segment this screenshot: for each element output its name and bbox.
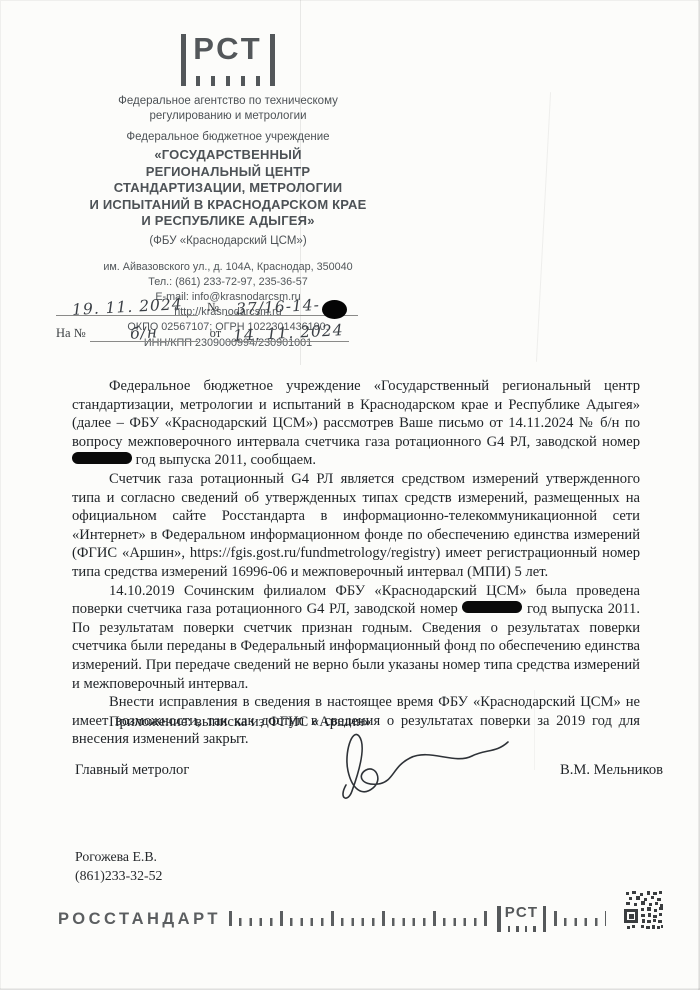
outgoing-ref-row: 19. 11. 2024 № 37/16-14- — [56, 291, 366, 316]
qr-code-icon — [622, 891, 664, 936]
redaction-bar — [72, 452, 132, 464]
logo-bar-right — [543, 906, 547, 932]
incoming-ref-row: На № б/н от 14. 11. 2024 — [56, 317, 366, 342]
footer: РОССТАНДАРТ РСТ — [58, 898, 664, 940]
rst-logo-icon: РСТ — [497, 906, 546, 932]
handwritten-outgoing-date: 19. 11. 2024 — [71, 295, 182, 319]
outgoing-date-field: 19. 11. 2024 — [56, 297, 198, 316]
executor-name: Рогожева Е.В. — [75, 848, 162, 867]
outgoing-number-field: 37/16-14- — [225, 296, 358, 316]
number-label: № — [207, 300, 219, 316]
scanned-letter-page: РСТ Федеральное агентство по техническом… — [0, 0, 700, 990]
logo-barcode-ticks — [505, 926, 539, 932]
handwritten-outgoing-number: 37/16-14- — [236, 296, 321, 318]
logo-bar-left — [181, 34, 186, 86]
paper-crease — [536, 92, 551, 362]
org-name: «ГОСУДАРСТВЕННЫЙ РЕГИОНАЛЬНЫЙ ЦЕНТР СТАН… — [56, 147, 400, 230]
paragraph-2: Счетчик газа ротационный G4 РЛ является … — [72, 470, 640, 582]
barcode-pattern — [229, 911, 489, 927]
org-name-line: «ГОСУДАРСТВЕННЫЙ — [56, 147, 400, 164]
rst-logo-icon: РСТ — [181, 34, 274, 86]
org-type: Федеральное бюджетное учреждение — [56, 131, 400, 143]
logo-bar-left — [497, 906, 501, 932]
signer-name: В.М. Мельников — [560, 762, 663, 779]
handwritten-incoming-number: б/н — [129, 323, 158, 342]
org-name-line: И ИСПЫТАНИЙ В КРАСНОДАРСКОМ КРАЕ — [56, 197, 400, 214]
redaction-bar — [462, 601, 522, 613]
redaction-blob — [322, 300, 347, 319]
letter-body: Федеральное бюджетное учреждение «Госуда… — [72, 377, 640, 749]
signature-scribble — [330, 725, 520, 815]
paragraph-1-text: Федеральное бюджетное учреждение «Госуда… — [72, 378, 640, 450]
signer-position: Главный метролог — [75, 762, 189, 779]
logo-barcode-ticks — [193, 76, 262, 86]
agency-name-line: Федеральное агентство по техническому — [56, 94, 400, 109]
paragraph-1: Федеральное бюджетное учреждение «Госуда… — [72, 377, 640, 470]
logo-bar-right — [270, 34, 275, 86]
org-name-line: СТАНДАРТИЗАЦИИ, МЕТРОЛОГИИ — [56, 180, 400, 197]
paragraph-3: 14.10.2019 Сочинским филиалом ФБУ «Красн… — [72, 582, 640, 694]
logo-text: РСТ — [505, 906, 539, 920]
rosstandart-wordmark: РОССТАНДАРТ — [58, 910, 221, 929]
agency-name-line: регулированию и метрологии — [56, 109, 400, 124]
handwritten-incoming-date: 14. 11. 2024 — [233, 321, 344, 345]
incoming-number-field: б/н — [90, 323, 198, 342]
address-line: им. Айвазовского ул., д. 104А, Краснодар… — [56, 260, 400, 275]
incoming-date-field: 14. 11. 2024 — [227, 323, 349, 342]
reference-block: 19. 11. 2024 № 37/16-14- На № б/н от 14.… — [56, 291, 366, 342]
logo-text: РСТ — [193, 34, 262, 63]
phone-line: Тел.: (861) 233-72-97, 235-36-57 — [56, 275, 400, 290]
reply-label: На № — [56, 326, 86, 342]
org-name-line: РЕГИОНАЛЬНЫЙ ЦЕНТР — [56, 164, 400, 181]
org-short-name: (ФБУ «Краснодарский ЦСМ») — [56, 235, 400, 247]
org-name-line: И РЕСПУБЛИКЕ АДЫГЕЯ» — [56, 213, 400, 230]
executor-phone: (861)233-32-52 — [75, 867, 162, 886]
paragraph-1-text: год выпуска 2011, сообщаем. — [136, 452, 316, 468]
executor-block: Рогожева Е.В. (861)233-32-52 — [75, 848, 162, 885]
barcode-pattern — [554, 911, 606, 927]
from-label: от — [210, 326, 222, 342]
